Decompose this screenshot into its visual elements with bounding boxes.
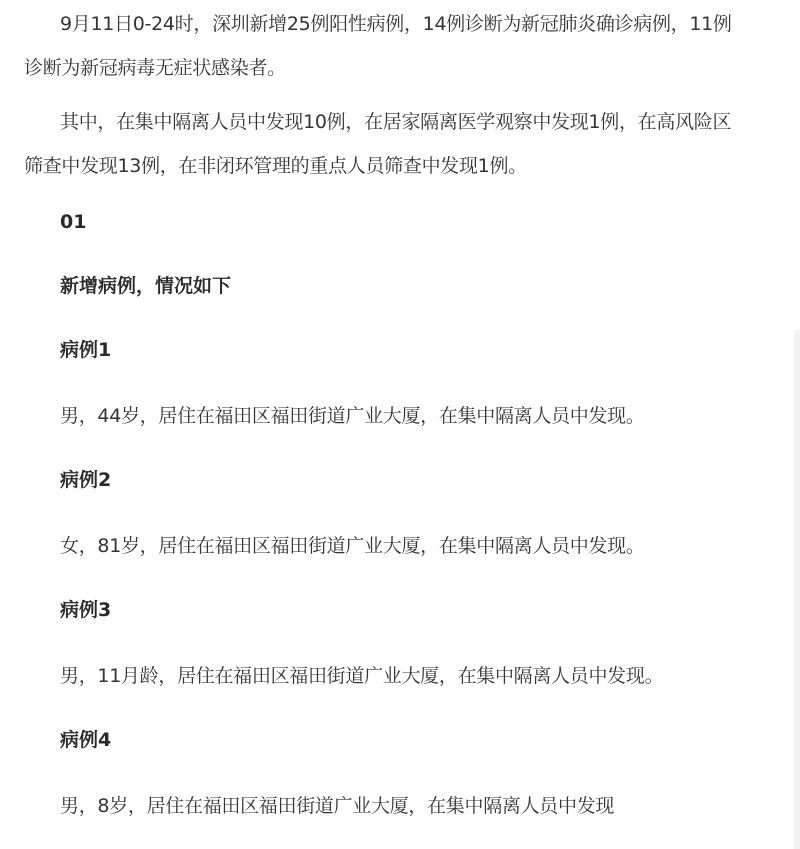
section-title: 新增病例，情况如下 xyxy=(60,272,231,300)
page-edge-strip xyxy=(794,330,800,849)
case-4-description: 男，8岁，居住在福田区福田街道广业大厦，在集中隔离人员中发现 xyxy=(60,792,614,820)
case-3-description: 男，11月龄，居住在福田区福田街道广业大厦，在集中隔离人员中发现。 xyxy=(60,662,663,690)
source-breakdown-paragraph: 其中，在集中隔离人员中发现10例，在居家隔离医学观察中发现1例，在高风险区筛查中… xyxy=(24,100,744,188)
case-2-description: 女，81岁，居住在福田区福田街道广业大厦，在集中隔离人员中发现。 xyxy=(60,532,645,560)
blurred-overlay xyxy=(615,790,755,820)
case-4-title: 病例4 xyxy=(60,726,111,754)
summary-paragraph: 9月11日0-24时，深圳新增25例阳性病例，14例诊断为新冠肺炎确诊病例，11… xyxy=(24,2,744,90)
case-2-title: 病例2 xyxy=(60,466,111,494)
case-3-title: 病例3 xyxy=(60,596,111,624)
case-1-description: 男，44岁，居住在福田区福田街道广业大厦，在集中隔离人员中发现。 xyxy=(60,402,645,430)
section-number: 01 xyxy=(60,208,86,236)
case-1-title: 病例1 xyxy=(60,336,111,364)
article-body: 9月11日0-24时，深圳新增25例阳性病例，14例诊断为新冠肺炎确诊病例，11… xyxy=(0,0,790,849)
